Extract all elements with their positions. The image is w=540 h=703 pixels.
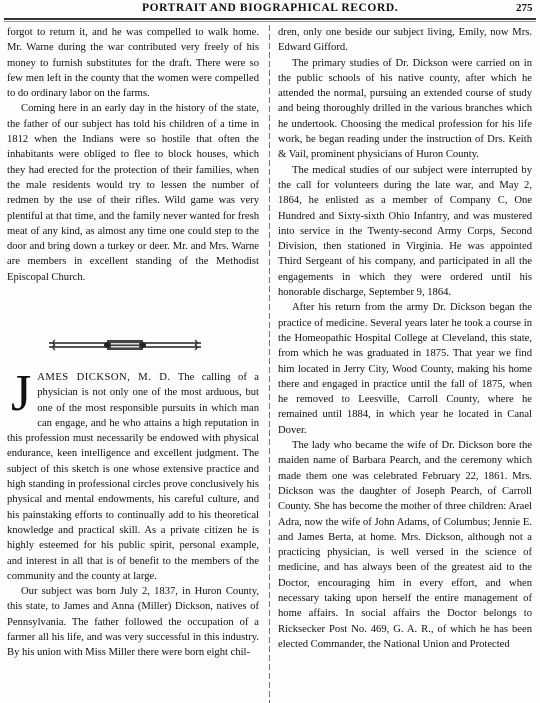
biography-section: JAMES DICKSON, M. D. The calling of a ph… <box>7 370 259 661</box>
header-rule <box>4 18 536 20</box>
biography-opening: The calling of a physician is not only o… <box>7 372 259 582</box>
paragraph: The primary studies of Dr. Dickson were … <box>278 56 532 163</box>
page-number: 275 <box>516 2 533 14</box>
running-head: PORTRAIT AND BIOGRAPHICAL RECORD. <box>142 2 398 14</box>
subject-name: AMES DICKSON, M. D. <box>37 372 170 383</box>
book-page: PORTRAIT AND BIOGRAPHICAL RECORD. 275 fo… <box>0 0 540 703</box>
paragraph: The medical studies of our subject were … <box>278 163 532 301</box>
left-column: forgot to return it, and he was compelle… <box>7 25 259 285</box>
column-divider <box>269 25 270 703</box>
ornament-divider-icon <box>45 335 205 355</box>
right-column: dren, only one beside our subject living… <box>278 25 532 652</box>
paragraph: forgot to return it, and he was compelle… <box>7 25 259 101</box>
paragraph: Our subject was born July 2, 1837, in Hu… <box>7 584 259 660</box>
drop-cap: J <box>11 372 31 416</box>
paragraph: The lady who became the wife of Dr. Dick… <box>278 438 532 652</box>
page-header: PORTRAIT AND BIOGRAPHICAL RECORD. 275 <box>0 2 540 18</box>
paragraph: dren, only one beside our subject living… <box>278 25 532 56</box>
paragraph: After his return from the army Dr. Dicks… <box>278 300 532 438</box>
header-rule-thin <box>4 21 536 22</box>
paragraph: Coming here in an early day in the histo… <box>7 101 259 285</box>
